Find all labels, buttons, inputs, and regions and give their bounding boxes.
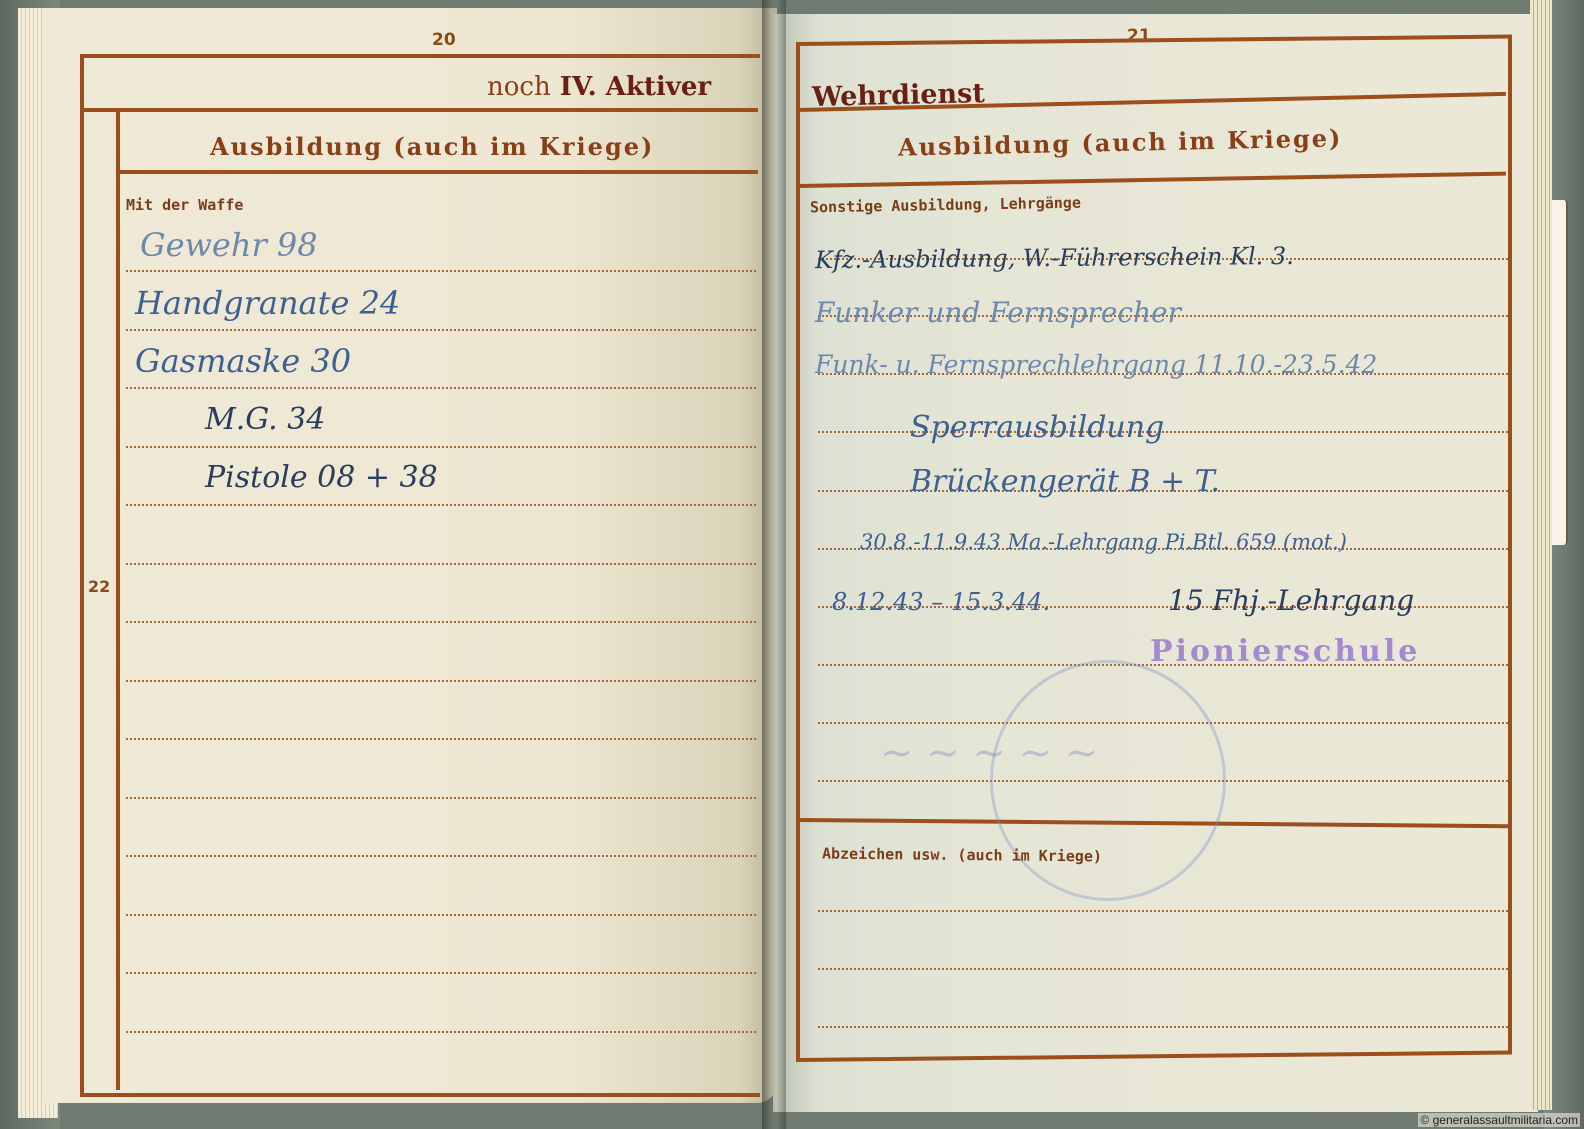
left-heading-rule: [118, 170, 758, 174]
book-gutter: [762, 0, 786, 1129]
dotted-rule: [126, 563, 756, 565]
title-bold: IV. Aktiver: [560, 72, 711, 102]
right-entry-8: 15 Fhj.-Lehrgang: [1168, 584, 1414, 617]
dotted-rule: [126, 621, 756, 623]
right-entry-5: Brückengerät B + T.: [910, 464, 1220, 499]
left-entry-2: Handgranate 24: [135, 284, 400, 322]
dotted-rule: [818, 968, 1508, 970]
dotted-rule: [126, 270, 756, 272]
right-entry-3: Funk- u. Fernsprechlehrgang 11.10.-23.5.…: [815, 350, 1377, 379]
right-entry-7: 8.12.43 – 15.3.44.: [832, 588, 1050, 616]
badges-field-label: Abzeichen usw. (auch im Kriege): [822, 845, 1102, 866]
round-unit-stamp: [990, 660, 1226, 901]
dotted-rule: [126, 914, 756, 916]
dotted-rule: [126, 680, 756, 682]
right-entry-1: Kfz.-Ausbildung, W.-Führerschein Kl. 3.: [815, 242, 1294, 274]
left-margin-rule: [116, 110, 120, 1090]
dotted-rule: [126, 446, 756, 448]
dotted-rule: [818, 910, 1508, 912]
faint-signature: ~ ~ ~ ~ ~: [880, 730, 1098, 776]
side-page-number: 22: [88, 577, 110, 596]
title-prefix: noch: [487, 72, 551, 102]
dotted-rule: [126, 329, 756, 331]
left-entry-5: Pistole 08 + 38: [205, 460, 438, 495]
dotted-rule: [126, 855, 756, 857]
left-field-label: Mit der Waffe: [126, 196, 243, 214]
right-entry-6: 30.8.-11.9.43 Ma.-Lehrgang Pi.Btl. 659 (…: [860, 530, 1347, 554]
left-title-rule: [80, 108, 758, 112]
pionierschule-stamp: Pionierschule: [1150, 634, 1420, 669]
left-title: noch IV. Aktiver: [487, 72, 711, 102]
left-entry-4: M.G. 34: [205, 402, 325, 437]
right-title: Wehrdienst: [812, 78, 985, 113]
dotted-rule: [126, 504, 756, 506]
dotted-rule: [126, 972, 756, 974]
right-entry-4: Sperrausbildung: [910, 410, 1164, 445]
right-entry-2: Funker und Fernsprecher: [815, 296, 1181, 329]
dotted-rule: [126, 738, 756, 740]
dotted-rule: [126, 387, 756, 389]
left-section-heading: Ausbildung (auch im Kriege): [210, 132, 654, 161]
page-number-left: 20: [432, 30, 456, 50]
left-entry-1: Gewehr 98: [140, 226, 318, 264]
page-stack-right: [1530, 0, 1552, 1110]
dotted-rule: [126, 797, 756, 799]
dotted-rule: [818, 1026, 1508, 1028]
page-tab[interactable]: [1552, 200, 1568, 545]
copyright-watermark: © generalassaultmilitaria.com: [1418, 1113, 1580, 1127]
dotted-rule: [126, 1031, 756, 1033]
left-entry-3: Gasmaske 30: [135, 342, 351, 380]
